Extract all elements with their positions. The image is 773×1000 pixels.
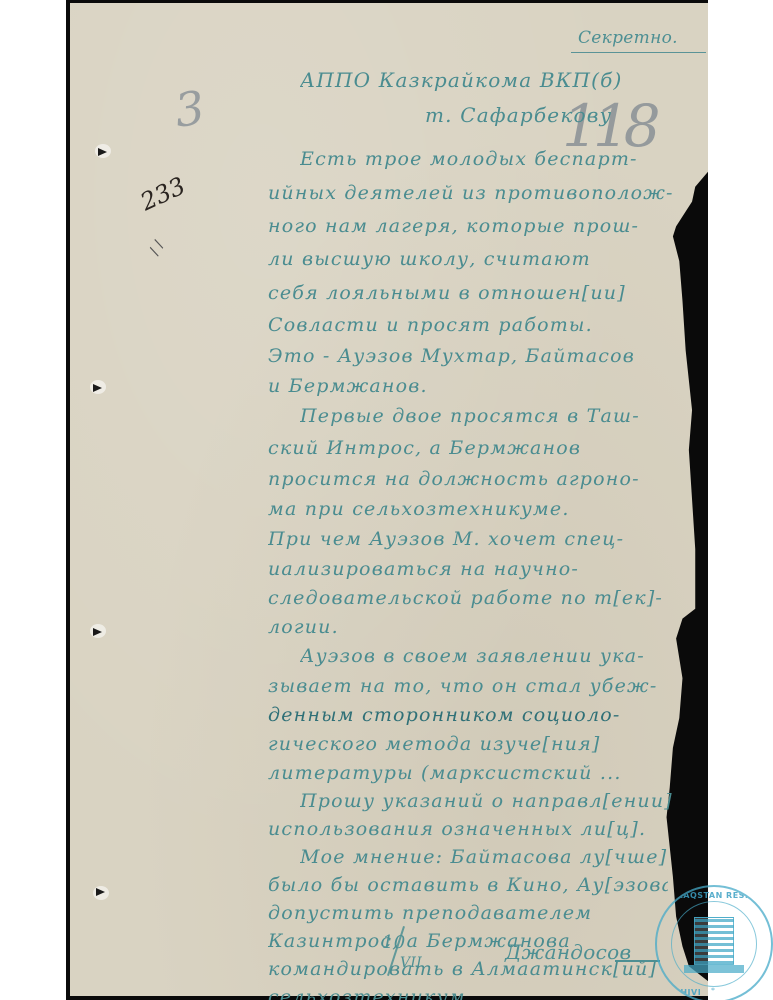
body-line: просится на должность агроно- [268, 468, 706, 490]
body-line: сельхозтехникум. [268, 986, 668, 1000]
body-line: было бы оставить в Кино, Ау[эзова] [268, 874, 668, 896]
body-line: ли высшую школу, считают [268, 248, 706, 270]
body-line: Это - Ауэзов Мухтар, Байтасов [268, 345, 706, 367]
body-line: ийных деятелей из противополож- [268, 182, 706, 204]
body-line: ма при сельхозтехникуме. [268, 498, 688, 520]
signature: Джандосов [505, 940, 631, 964]
date-month: VII [400, 955, 422, 971]
stamp-text-top: QAZAQSTAN RESPUBLIKASY PREZIDENTININ [663, 891, 773, 900]
body-line: следовательской работе по т[ек]- [268, 587, 683, 609]
classification-label: Секретно. [578, 28, 678, 48]
building-icon [694, 917, 734, 965]
body-line: себя лояльными в отношен[ии] [268, 282, 706, 304]
body-line: иализироваться на научно- [268, 558, 678, 580]
body-line: ного нам лагеря, которые прош- [268, 215, 706, 237]
body-line: ский Интрос, а Бермжанов [268, 437, 706, 459]
addressee-line-1: АППО Казкрайкома ВКП(б) [300, 68, 623, 92]
classification-underline [571, 52, 706, 53]
star-icon: * [711, 986, 715, 995]
body-line: денным сторонником социоло- [268, 704, 690, 726]
body-line: Совласти и просят работы. [268, 314, 706, 336]
body-line: Прошу указаний о направл[ении] [300, 790, 690, 812]
body-line: использования означенных ли[ц]. [268, 818, 688, 840]
addressee-line-2: т. Сафарбекову [425, 103, 612, 127]
body-line: допустить преподавателем [268, 902, 668, 924]
body-line: Есть трое молодых беспарт- [300, 148, 706, 170]
body-line: Ауэзов в своем заявлении ука- [300, 645, 690, 667]
archive-stamp: QAZAQSTAN RESPUBLIKASY PREZIDENTININ ARH… [655, 885, 773, 1000]
body-line: При чем Ауэзов М. хочет спец- [268, 528, 678, 550]
body-line: Мое мнение: Байтасова лу[чше] [300, 846, 670, 868]
body-line: Первые двое просятся в Таш- [300, 405, 706, 427]
body-line: литературы (марксистский ... [268, 762, 693, 784]
scan-canvas: Секретно. 3 233 / / 118 АППО Казкрайкома… [0, 0, 773, 1000]
stamp-text-bottom: ARHIVI [667, 988, 701, 997]
signature-flourish [615, 960, 660, 962]
body-line: зывает на то, что он стал убеж- [268, 675, 690, 697]
body-line: и Бермжанов. [268, 375, 706, 397]
building-base-icon [684, 965, 744, 973]
body-line: логии. [268, 616, 683, 638]
body-line: гического метода изуче[ния] [268, 733, 693, 755]
